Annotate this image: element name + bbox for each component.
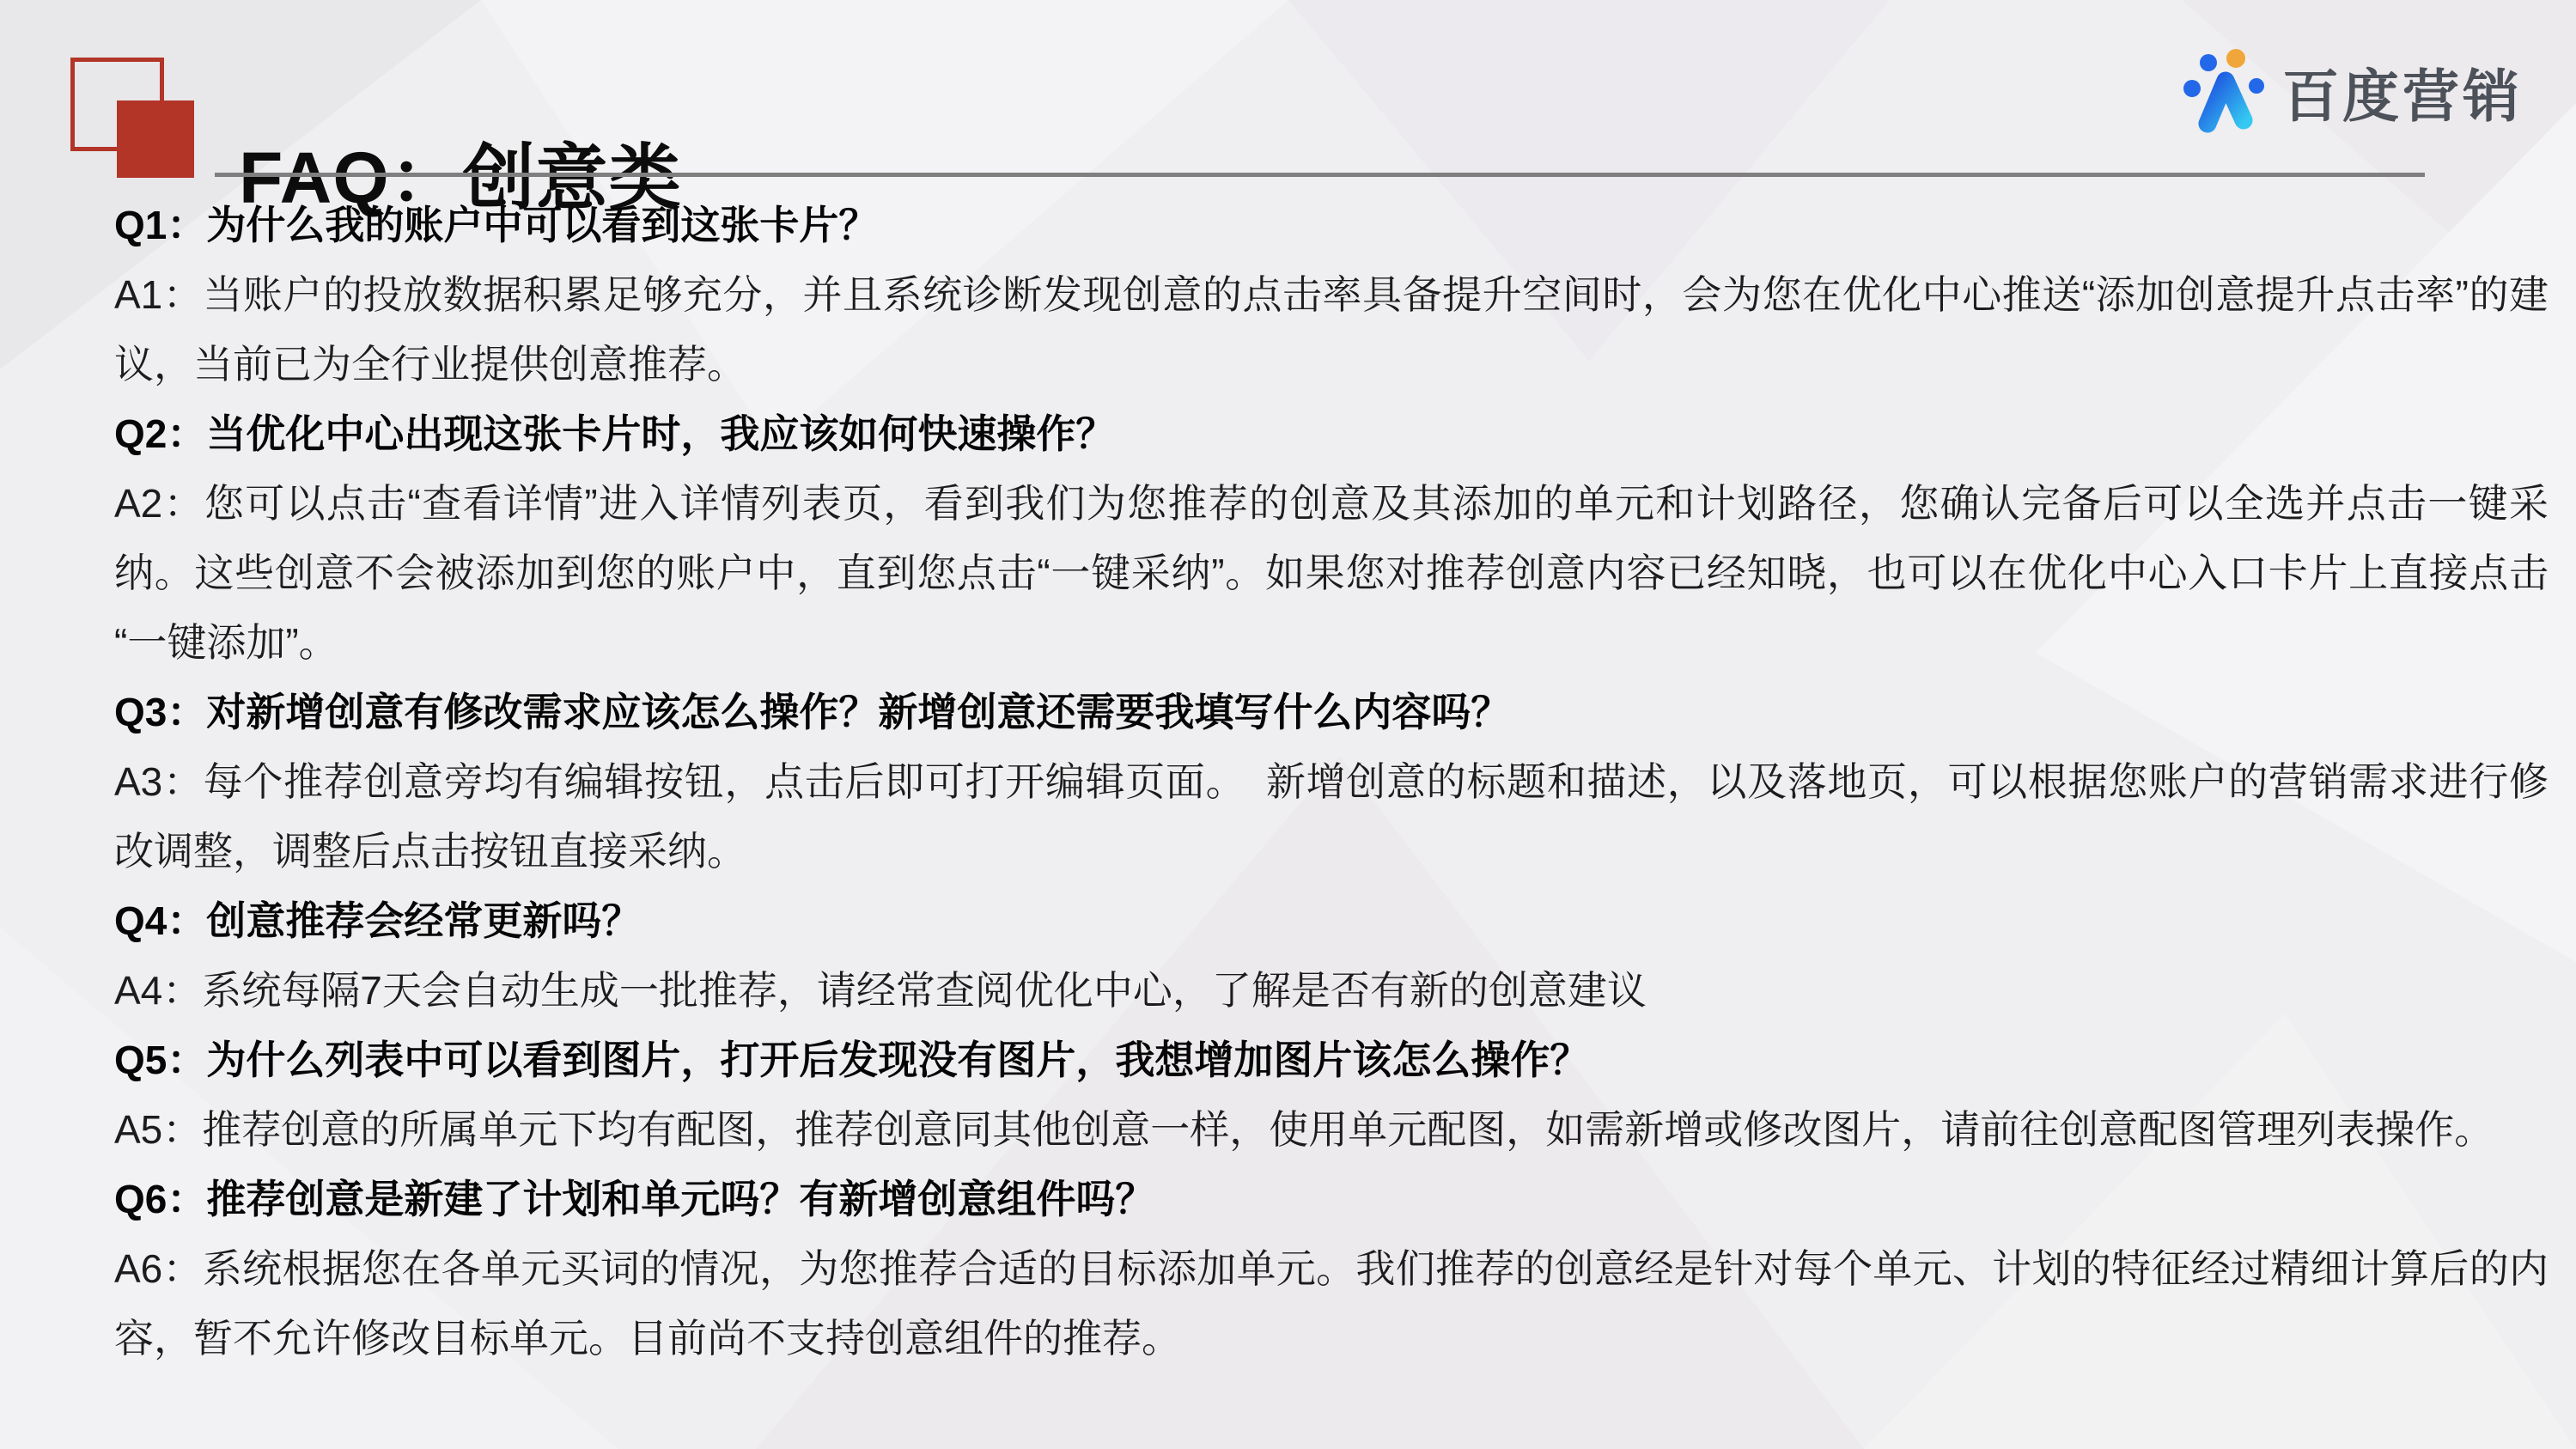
- faq-question-5: Q5：为什么列表中可以看到图片，打开后发现没有图片，我想增加图片该怎么操作？: [114, 1026, 2549, 1095]
- faq-answer-2: A2：您可以点击“查看详情”进入详情列表页，看到我们为您推荐的创意及其添加的单元…: [114, 469, 2549, 678]
- faq-answer-1: A1：当账户的投放数据积累足够充分，并且系统诊断发现创意的点击率具备提升空间时，…: [114, 260, 2549, 399]
- baidu-marketing-logo-icon: [2181, 48, 2268, 134]
- title-divider-line: [215, 173, 2425, 177]
- faq-answer-5: A5：推荐创意的所属单元下均有配图，推荐创意同其他创意一样，使用单元配图，如需新…: [114, 1095, 2549, 1165]
- faq-answer-3: A3：每个推荐创意旁均有编辑按钮，点击后即可打开编辑页面。 新增创意的标题和描述…: [114, 747, 2549, 886]
- faq-answer-4: A4：系统每隔7天会自动生成一批推荐，请经常查阅优化中心，了解是否有新的创意建议: [114, 956, 2549, 1026]
- faq-question-2: Q2：当优化中心出现这张卡片时，我应该如何快速操作？: [114, 399, 2549, 469]
- faq-question-6: Q6：推荐创意是新建了计划和单元吗？有新增创意组件吗？: [114, 1165, 2549, 1234]
- faq-question-1: Q1：为什么我的账户中可以看到这张卡片？: [114, 191, 2549, 260]
- faq-question-3: Q3：对新增创意有修改需求应该怎么操作？新增创意还需要我填写什么内容吗？: [114, 678, 2549, 747]
- faq-slide: FAQ：创意类 百度营销 Q1：为什么我的账户中可以看到这张卡片？ A1：当账户…: [0, 0, 2576, 1449]
- baidu-marketing-logo-text: 百度营销: [2282, 51, 2523, 132]
- faq-content: Q1：为什么我的账户中可以看到这张卡片？ A1：当账户的投放数据积累足够充分，并…: [114, 191, 2549, 1373]
- baidu-marketing-logo: 百度营销: [2181, 48, 2523, 134]
- title-decoration-filled-square: [117, 100, 194, 178]
- faq-answer-6: A6：系统根据您在各单元买词的情况，为您推荐合适的目标添加单元。我们推荐的创意经…: [114, 1234, 2549, 1373]
- faq-question-4: Q4：创意推荐会经常更新吗？: [114, 886, 2549, 956]
